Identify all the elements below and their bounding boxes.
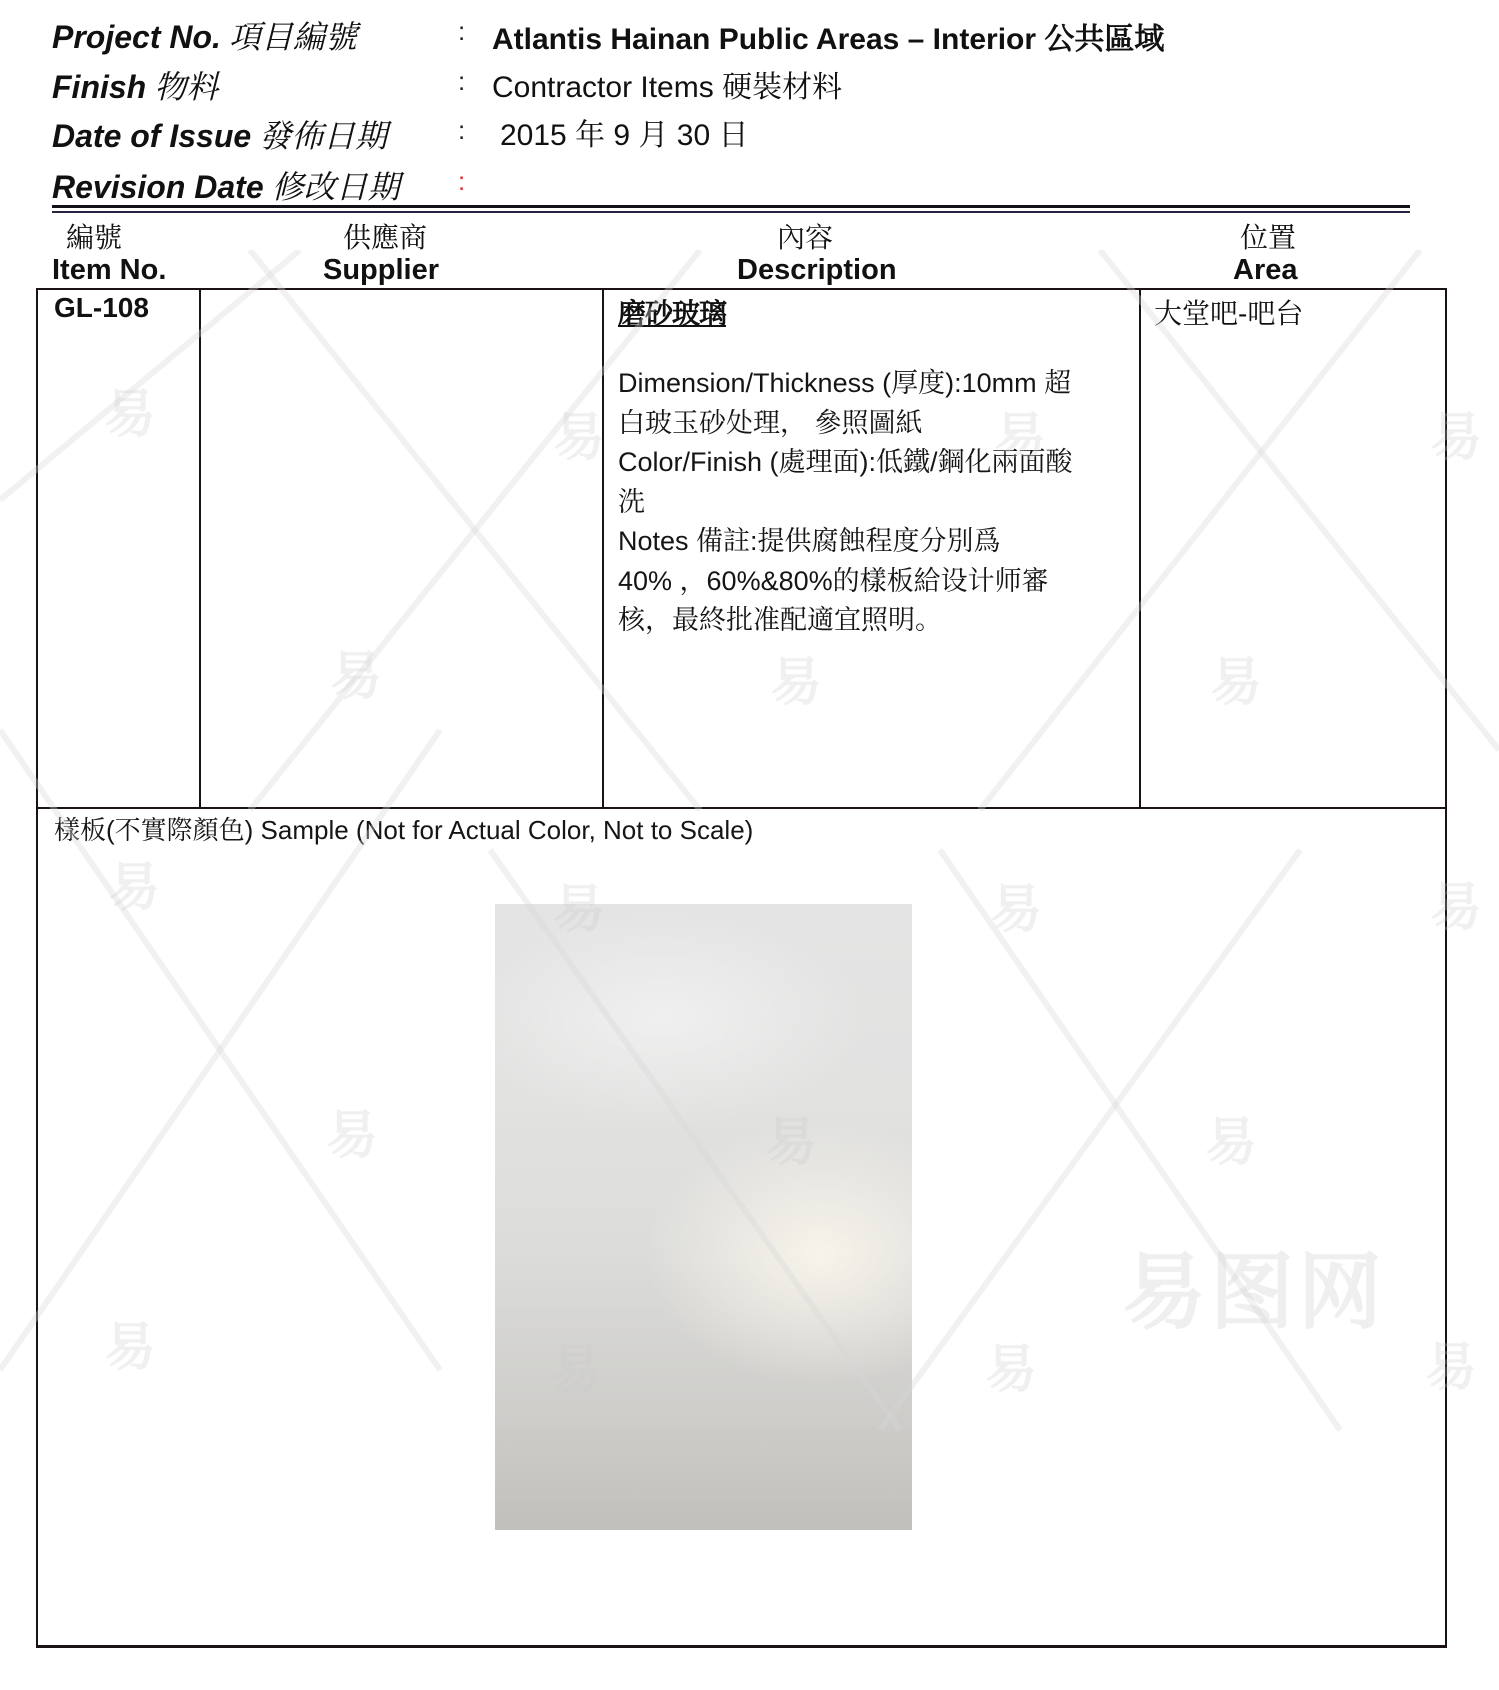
description-line: 40% ，60%&80%的樣板給设计师審 bbox=[618, 562, 1123, 602]
watermark-glyph: 易 bbox=[104, 1305, 156, 1380]
header-divider bbox=[52, 205, 1410, 208]
col-area-cn: 位置 bbox=[1240, 216, 1296, 256]
description-cell: 磨砂玻璃 Dimension/Thickness (厚度):10mm 超 白玻玉… bbox=[618, 292, 1123, 641]
colon-red: : bbox=[458, 166, 465, 197]
column-divider bbox=[1139, 288, 1141, 808]
finish-label: Finish物料 bbox=[52, 62, 218, 108]
watermark-logo: 易图网 bbox=[1122, 1225, 1386, 1346]
watermark-glyph: 易 bbox=[990, 867, 1042, 942]
finish-label-cn: 物料 bbox=[154, 69, 218, 105]
date-of-issue-value: 2015 年 9 月 30 日 bbox=[500, 110, 748, 154]
area-cell: 大堂吧-吧台 bbox=[1154, 292, 1303, 332]
watermark-glyph: 易 bbox=[104, 372, 156, 447]
table-border-top bbox=[36, 288, 1447, 290]
description-line: 白玻玉砂处理， 參照圖紙 bbox=[618, 404, 1123, 444]
column-divider bbox=[199, 288, 201, 808]
description-line: 洗 bbox=[618, 483, 1123, 523]
date-of-issue-label-cn: 發佈日期 bbox=[259, 118, 387, 154]
row-divider bbox=[36, 807, 1447, 809]
col-description-cn: 內容 bbox=[777, 216, 833, 256]
date-of-issue-label-en: Date of Issue bbox=[52, 118, 251, 154]
col-item-no-en: Item No. bbox=[52, 254, 166, 287]
sample-label: 樣板(不實際顏色) Sample (Not for Actual Color, … bbox=[54, 810, 753, 847]
finish-label-en: Finish bbox=[52, 69, 146, 105]
revision-date-label: Revision Date修改日期 bbox=[52, 162, 400, 208]
date-of-issue-label: Date of Issue發佈日期 bbox=[52, 111, 387, 157]
table-border-bottom bbox=[36, 1645, 1447, 1648]
col-description-en: Description bbox=[737, 254, 897, 287]
col-area-en: Area bbox=[1233, 254, 1298, 287]
column-divider bbox=[602, 288, 604, 808]
watermark-glyph: 易 bbox=[330, 634, 382, 709]
description-line: Color/Finish (處理面):低鐵/鋼化兩面酸 bbox=[618, 443, 1123, 483]
description-line: 核，最終批准配適宜照明。 bbox=[618, 601, 1123, 641]
project-no-label: Project No.項目編號 bbox=[52, 12, 357, 58]
project-no-value: Atlantis Hainan Public Areas – Interior … bbox=[492, 14, 1164, 58]
watermark-glyph: 易 bbox=[1430, 865, 1482, 940]
project-no-label-cn: 項目編號 bbox=[229, 19, 357, 55]
colon: : bbox=[458, 66, 465, 97]
col-supplier-cn: 供應商 bbox=[343, 216, 427, 256]
col-supplier-en: Supplier bbox=[323, 254, 439, 287]
finish-value: Contractor Items 硬裝材料 bbox=[492, 62, 842, 106]
revision-date-label-en: Revision Date bbox=[52, 169, 264, 205]
table-border-left bbox=[36, 288, 38, 1647]
description-line: Dimension/Thickness (厚度):10mm 超 bbox=[618, 364, 1123, 404]
item-no-cell: GL-108 bbox=[54, 292, 149, 324]
watermark-glyph: 易 bbox=[1425, 1325, 1477, 1400]
table-border-right bbox=[1445, 288, 1447, 1647]
watermark-glyph: 易 bbox=[326, 1093, 378, 1168]
frosted-glass-sample-image bbox=[495, 904, 912, 1530]
watermark-glyph: 易 bbox=[985, 1327, 1037, 1402]
revision-date-label-cn: 修改日期 bbox=[272, 169, 400, 205]
watermark-glyph: 易 bbox=[1210, 640, 1262, 715]
description-title: 磨砂玻璃 bbox=[618, 292, 726, 332]
header-divider bbox=[52, 211, 1410, 213]
colon: : bbox=[458, 16, 465, 47]
project-no-label-en: Project No. bbox=[52, 19, 221, 55]
watermark-glyph: 易 bbox=[108, 845, 160, 920]
colon: : bbox=[458, 115, 465, 146]
watermark-glyph: 易 bbox=[1205, 1100, 1257, 1175]
watermark-glyph: 易 bbox=[553, 395, 605, 470]
description-line: Notes 備註:提供腐蝕程度分別爲 bbox=[618, 522, 1123, 562]
description-body: Dimension/Thickness (厚度):10mm 超 白玻玉砂处理， … bbox=[618, 364, 1123, 641]
watermark-glyph: 易 bbox=[1430, 395, 1482, 470]
watermark-glyph: 易 bbox=[770, 640, 822, 715]
col-item-no-cn: 編號 bbox=[66, 216, 122, 256]
